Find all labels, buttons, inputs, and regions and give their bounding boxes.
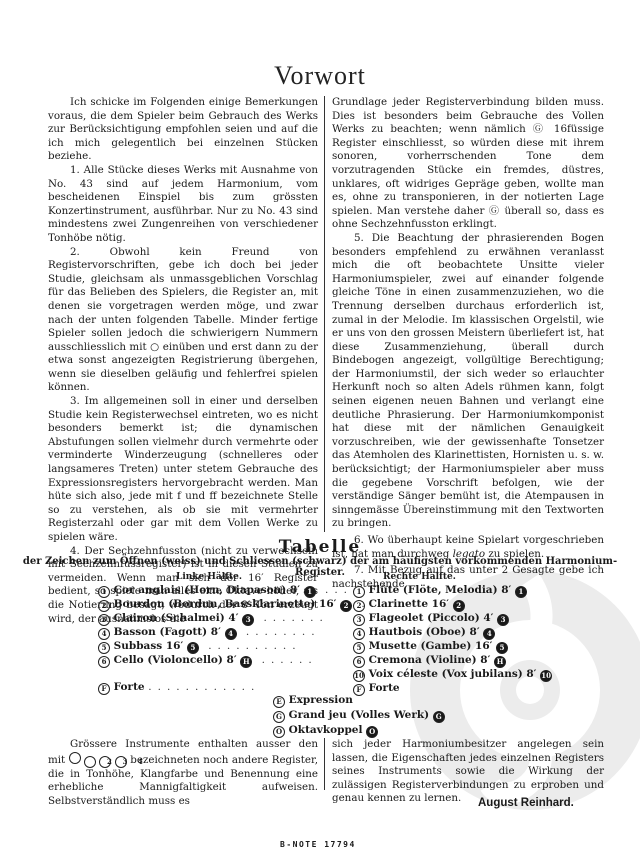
register-label: Flûte (Flöte, Melodia) 8′ — [365, 584, 515, 596]
right-column: Grundlage jeder Registerverbindung bilde… — [332, 96, 604, 591]
register-symbol-icon: 3 — [99, 756, 111, 768]
closing-left: Grössere Instrumente enthalten ausser de… — [48, 738, 318, 808]
center-register-row: O Oktavkoppel O — [273, 723, 445, 738]
closing-right: sich jeder Harmoniumbesitzer angelegen s… — [332, 738, 604, 806]
paragraph-3: 3. Im allgemeinen soll in einer und ders… — [48, 395, 318, 545]
register-label: Cremona (Violine) 8′ — [365, 654, 494, 666]
footer-plate-number: B-NOTE 17794 — [280, 840, 356, 849]
leader-dots: ...... — [252, 654, 317, 666]
leader-dots: .......... — [199, 640, 302, 652]
close-register-icon: 3 — [242, 614, 254, 626]
paragraph-4-continued: Grundlage jeder Registerverbindung bilde… — [332, 96, 604, 232]
leader-dots: ............ — [148, 681, 260, 693]
left-register-row: 3 Clairon (Schalmei) 4′ 3 ....... — [98, 612, 338, 626]
left-register-row: 5 Subbass 16′ 5 .......... — [98, 640, 338, 654]
close-register-icon: 4 — [483, 628, 495, 640]
leader-dots: ........ — [237, 626, 321, 638]
close-register-icon: 1 — [515, 586, 527, 598]
closing-left-paragraph: Grössere Instrumente enthalten ausser de… — [48, 738, 318, 808]
right-register-row: 4 Hautbois (Oboe) 8′ 4 — [353, 626, 552, 640]
paragraph-2: 2. Obwohl kein Freund von Registervorsch… — [48, 246, 318, 396]
open-register-icon: 5 — [353, 642, 365, 654]
open-register-icon: G — [273, 711, 285, 723]
register-label: Subbass 16′ — [110, 640, 187, 652]
center-register-list: E Expression G Grand jeu (Volles Werk) G… — [273, 693, 445, 738]
open-register-icon: E — [273, 696, 285, 708]
table-subtitle: der Zeichen zum Öffnen (weiss) und Schli… — [0, 556, 640, 578]
right-register-row: 5 Musette (Gambe) 16′ 5 — [353, 640, 552, 654]
close-register-icon: 10 — [540, 670, 552, 682]
paragraph-1: 1. Alle Stücke dieses Werks mit Ausnahme… — [48, 164, 318, 246]
right-register-row: 3 Flageolet (Piccolo) 4′ 3 — [353, 612, 552, 626]
register-label: Forte — [110, 681, 148, 693]
close-register-icon: O — [366, 726, 378, 738]
register-label: Expression — [285, 694, 353, 706]
column-divider-bottom — [324, 738, 325, 790]
left-register-row: 4 Basson (Fagott) 8′ 4 ........ — [98, 626, 338, 640]
close-register-icon: 5 — [496, 642, 508, 654]
right-register-row: 1 Flûte (Flöte, Melodia) 8′ 1 — [353, 584, 552, 598]
register-label: Clairon (Schalmei) 4′ — [110, 612, 242, 624]
register-symbols: 2 3 4 — [69, 754, 131, 766]
register-label: Bourdon (Bordun, Bassklarinette) 16′ — [110, 598, 340, 610]
right-register-list: 1 Flûte (Flöte, Melodia) 8′ 12 Clarinett… — [353, 584, 552, 696]
register-label: Clarinette 16′ — [365, 598, 453, 610]
left-half-heading: Linke Hälfte. — [176, 572, 242, 582]
close-register-icon: 5 — [187, 642, 199, 654]
register-label: Cor anglais (Horn, Diapason) 8′ — [110, 584, 304, 596]
close-register-icon: 1 — [304, 586, 316, 598]
register-label: Basson (Fagott) 8′ — [110, 626, 225, 638]
open-register-icon: 6 — [98, 656, 110, 668]
register-label: Flageolet (Piccolo) 4′ — [365, 612, 497, 624]
close-register-icon: 4 — [225, 628, 237, 640]
close-register-icon: G — [433, 711, 445, 723]
open-register-icon: 2 — [353, 600, 365, 612]
open-register-icon: 1 — [98, 586, 110, 598]
right-register-row: 2 Clarinette 16′ 2 — [353, 598, 552, 612]
column-divider-top — [324, 96, 325, 532]
paragraph-5: 5. Die Beachtung der phrasierenden Bogen… — [332, 232, 604, 531]
left-register-row: 1 Cor anglais (Horn, Diapason) 8′ 1 ... — [98, 584, 338, 598]
signature: August Reinhard. — [478, 797, 574, 809]
left-register-row: 6 Cello (Violoncello) 8′ H ...... — [98, 654, 338, 668]
register-label: Oktavkoppel — [285, 724, 366, 736]
close-register-icon: H — [240, 656, 252, 668]
register-label: Cello (Violoncello) 8′ — [110, 654, 240, 666]
center-register-row: E Expression — [273, 693, 445, 708]
page-title: Vorwort — [0, 61, 640, 91]
open-register-icon: 5 — [98, 642, 110, 654]
leader-dots: ... — [316, 584, 353, 596]
leader-dots: ....... — [254, 612, 329, 624]
close-register-icon: 2 — [453, 600, 465, 612]
register-symbol-icon: 2 — [84, 756, 96, 768]
right-half-heading: Rechte Hälfte. — [383, 572, 456, 582]
open-register-icon: 1 — [353, 586, 365, 598]
left-register-row: 2 Bourdon (Bordun, Bassklarinette) 16′ 2… — [98, 598, 338, 612]
open-register-icon: 6 — [353, 656, 365, 668]
center-register-row: G Grand jeu (Volles Werk) G — [273, 708, 445, 723]
close-register-icon: 2 — [340, 600, 352, 612]
close-register-icon: 3 — [497, 614, 509, 626]
open-register-icon: 4 — [98, 628, 110, 640]
open-register-icon: 4 — [353, 628, 365, 640]
register-label: Musette (Gambe) 16′ — [365, 640, 496, 652]
open-register-icon: F — [98, 683, 110, 695]
open-register-icon: O — [273, 726, 285, 738]
intro-paragraph: Ich schicke im Folgenden einige Bemerkun… — [48, 96, 318, 164]
open-register-icon: 3 — [353, 614, 365, 626]
open-register-icon: 10 — [353, 670, 365, 682]
close-register-icon: H — [494, 656, 506, 668]
right-register-row: 10 Voix céleste (Vox jubilans) 8′ 10 — [353, 668, 552, 682]
open-register-icon: 3 — [98, 614, 110, 626]
register-label: Grand jeu (Volles Werk) — [285, 709, 433, 721]
right-register-row: 6 Cremona (Violine) 8′ H — [353, 654, 552, 668]
register-label: Hautbois (Oboe) 8′ — [365, 626, 483, 638]
closing-right-paragraph: sich jeder Harmoniumbesitzer angelegen s… — [332, 738, 604, 806]
left-register-list: 1 Cor anglais (Horn, Diapason) 8′ 1 ...2… — [98, 584, 338, 695]
table-title: Tabelle — [0, 537, 640, 557]
open-register-icon: 2 — [98, 600, 110, 612]
register-symbol-icon: 4 — [115, 756, 127, 768]
register-label: Voix céleste (Vox jubilans) 8′ — [365, 668, 540, 680]
register-symbol-icon — [69, 752, 81, 764]
